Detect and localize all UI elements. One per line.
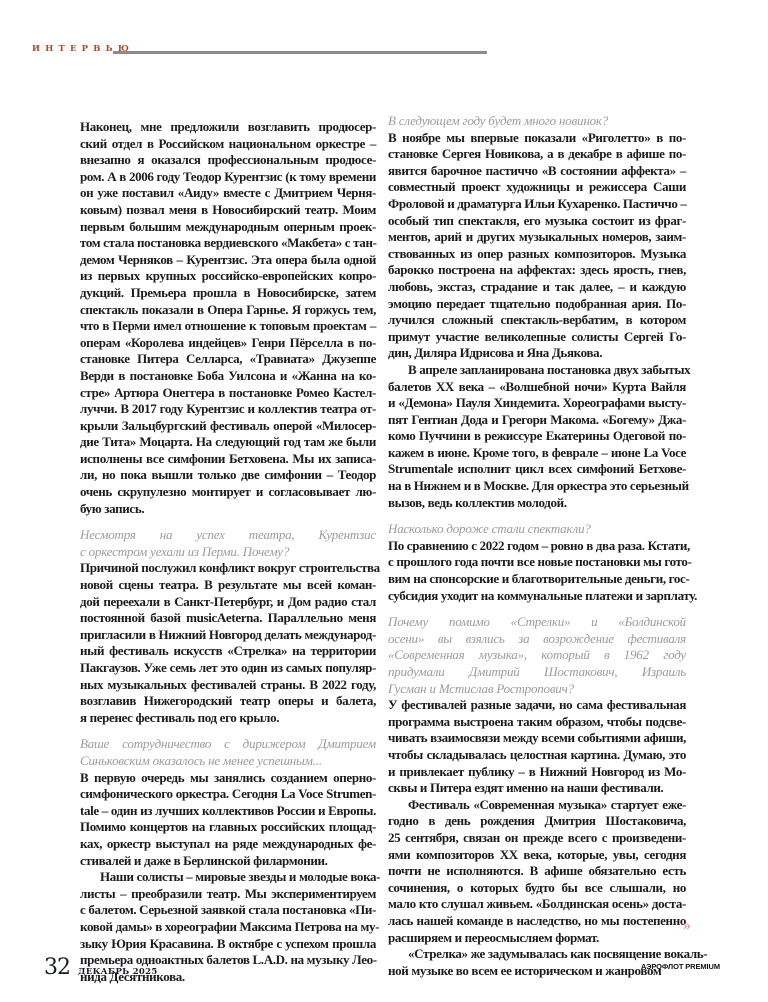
text-line: внезапно я оказался профессиональным про… [80, 152, 376, 169]
text-line: пят Гентиан Дода и Грегори Макома. «Боге… [388, 412, 686, 429]
text-line: годно в день рождения Дмитрия Шостакович… [388, 813, 686, 830]
text-line: спектакль показали в Опера Гарнье. Я гор… [80, 302, 376, 319]
text-line: Верди в постановке Боба Уилсона и «Жанна… [80, 368, 376, 385]
text-line: ках, оркестр выступал на ряде международ… [80, 836, 376, 853]
text-line: придумали Дмитрий Шостакович, Израиль [388, 664, 686, 681]
text-line: я перенес фестиваль под его крыло. [80, 710, 376, 727]
text-line: ковой дамы» в хореографии Максима Петров… [80, 919, 376, 936]
paragraph-gap [388, 604, 686, 614]
text-line: Фроловой и драматурга Ильи Кухаренко. Па… [388, 196, 686, 213]
paragraph-gap [80, 726, 376, 736]
interview-answer: В первую очередь мы занялись созданием о… [80, 770, 376, 870]
text-line: ный фестиваль искусств «Стрелка» на терр… [80, 643, 376, 660]
text-line: 25 сентября, связан он прежде всего с пр… [388, 830, 686, 847]
text-line: «Современная музыка», который в 1962 год… [388, 647, 686, 664]
text-line: на в Нижнем и в Москве. Для оркестра это… [388, 478, 686, 495]
text-line: Насколько дороже стали спектакли? [388, 521, 686, 538]
text-line: любовь, экстаз, страдание и так далее, –… [388, 279, 686, 296]
text-line: лась нашей команде в наследство, но мы п… [388, 913, 686, 930]
text-line: вызов, ведь коллектив молодой. [388, 495, 686, 512]
interview-answer: В ноябре мы впервые показали «Риголетто»… [388, 130, 686, 362]
text-line: и привлекает публику – в Нижний Новгород… [388, 764, 686, 781]
text-line: комо Пуччини в режиссуре Екатерины Одего… [388, 428, 686, 445]
text-line: и «Демона» Пауля Хиндемита. Хореографами… [388, 395, 686, 412]
text-line: Пакгаузов. Уже семь лет это один из самы… [80, 660, 376, 677]
interview-question: Почему помимо «Стрелки» и «Болдинскойосе… [388, 614, 686, 697]
text-line: балетов XX века – «Волшебной ночи» Курта… [388, 379, 686, 396]
text-line: «Стрелка» же задумывалась как посвящение… [388, 946, 686, 963]
text-line: примут участие великолепные солисты Серг… [388, 329, 686, 346]
text-line: чивать взаимосвязи между всеми событиями… [388, 730, 686, 747]
text-line: стре» Артюра Онеггера в постановке Ромео… [80, 385, 376, 402]
left-column: Наконец, мне предложили возглавить продю… [80, 119, 376, 985]
text-line: совместный проект художницы и режиссера … [388, 179, 686, 196]
continued-chevron-icon: » [683, 917, 687, 935]
text-line: дин, Диляра Идрисова и Яна Дьякова. [388, 345, 686, 362]
text-line: ковым) позвал меня в Новосибирский театр… [80, 202, 376, 219]
paragraph-gap [80, 517, 376, 527]
interview-question: Ваше сотрудничество с дирижером Дмитрием… [80, 736, 376, 769]
section-divider [113, 51, 487, 54]
text-line: В следующем году будет много новинок? [388, 113, 686, 130]
text-line: он уже поставил «Аиду» вместе с Дмитрием… [80, 185, 376, 202]
text-line: Почему помимо «Стрелки» и «Болдинской [388, 614, 686, 631]
text-line: ский отдел в Российском национальном орк… [80, 136, 376, 153]
text-line: почти не исполняются. В афише обязательн… [388, 863, 686, 880]
paragraph-gap [388, 511, 686, 521]
text-line: Помимо концертов на главных российских п… [80, 819, 376, 836]
text-line: становке Питера Селларса, «Травиата» Джу… [80, 351, 376, 368]
text-line: расширяем и переосмысляем формат. [388, 930, 686, 947]
text-line: Наши солисты – мировые звезды и молодые … [80, 869, 376, 886]
text-line: Синьковским оказалось не менее успешным.… [80, 753, 376, 770]
text-line: возглавив Нижегородский театр оперы и ба… [80, 693, 376, 710]
text-line: операм «Королева индейцев» Генри Пёрселл… [80, 335, 376, 352]
text-line: барокко построена на аффектах: здесь яро… [388, 262, 686, 279]
text-line: ментов, арий и других музыкальных номеро… [388, 229, 686, 246]
interview-question: Насколько дороже стали спектакли? [388, 521, 686, 538]
text-line: с балетом. Серьезной заявкой стала поста… [80, 902, 376, 919]
text-line: очень скрупулезно монтирует и согласовыв… [80, 484, 376, 501]
text-line: явится барочное пастиччо «В состоянии аф… [388, 163, 686, 180]
text-line: пригласили в Нижний Новгород делать межд… [80, 627, 376, 644]
text-line: дукций. Премьера прошла в Новосибирске, … [80, 285, 376, 302]
text-line: кажем в июне. Кроме того, в феврале – ию… [388, 445, 686, 462]
text-line: дие Тита» Моцарта. На следующий год там … [80, 434, 376, 451]
text-line: В апреле запланирована постановка двух з… [388, 362, 686, 379]
text-line: что в Перми имел отношение к топовым про… [80, 318, 376, 335]
text-line: Несмотря на успех театра, Курентзис [80, 527, 376, 544]
text-line: программа выстроена таким образом, чтобы… [388, 714, 686, 731]
text-line: симфонического оркестра. Сегодня La Voce… [80, 786, 376, 803]
text-line: постоянной базой musicAeterna. Параллель… [80, 610, 376, 627]
text-line: стивалей и даже в Берлинской филармонии. [80, 853, 376, 870]
right-column: В следующем году будет много новинок?В н… [388, 113, 686, 979]
text-line: ями композиторов XX века, которые, увы, … [388, 847, 686, 864]
text-line: чтобы складывалась целостная картина. Ду… [388, 747, 686, 764]
text-line: осени» вы взялись за возрождение фестива… [388, 631, 686, 648]
text-line: У фестивалей разные задачи, но сама фест… [388, 697, 686, 714]
magazine-name: АЭРОФЛОТ PREMIUM [641, 962, 720, 971]
interview-answer: Наконец, мне предложили возглавить продю… [80, 119, 376, 517]
text-line: сквы и Питера ездят именно на наши фести… [388, 780, 686, 797]
text-line: из первых крупных российско-европейских … [80, 268, 376, 285]
text-line: дой переехали в Санкт-Петербург, и Дом р… [80, 594, 376, 611]
interview-question: Несмотря на успех театра, Курентзисс орк… [80, 527, 376, 560]
text-line: листы – преобразили театр. Мы эксперимен… [80, 886, 376, 903]
text-line: с оркестром уехали из Перми. Почему? [80, 544, 376, 561]
text-line: первым большим международным оперным про… [80, 219, 376, 236]
text-line: tale – один из лучших коллективов России… [80, 803, 376, 820]
interview-answer: У фестивалей разные задачи, но сама фест… [388, 697, 686, 797]
text-line: исполнены все симфонии Бетховена. Мы их … [80, 451, 376, 468]
text-line: демом Черняков – Курентзис. Эта опера бы… [80, 252, 376, 269]
text-line: ром. А в 2006 году Теодор Курентзис (к т… [80, 169, 376, 186]
text-line: Причиной послужил конфликт вокруг строит… [80, 560, 376, 577]
text-line: ных музыкальных фестивалей страны. В 202… [80, 677, 376, 694]
text-line: становке Сергея Новикова, а в декабре в … [388, 146, 686, 163]
text-line: Гусман и Мстислав Ростропович? [388, 681, 686, 698]
issue-date: ДЕКАБРЬ 2025 [78, 967, 158, 977]
text-line: с прошлого года почти все новые постанов… [388, 554, 686, 571]
text-line: Strumentale исполнит цикл всех симфоний … [388, 461, 686, 478]
text-line: бую запись. [80, 501, 376, 518]
interview-answer: Причиной послужил конфликт вокруг строит… [80, 560, 376, 726]
text-line: Ваше сотрудничество с дирижером Дмитрием [80, 736, 376, 753]
interview-question: В следующем году будет много новинок? [388, 113, 686, 130]
text-line: вим на спонсорские и благотворительные д… [388, 571, 686, 588]
text-line: сочинения, о которых будто бы все слышал… [388, 880, 686, 897]
text-line: эмоцию передает тщательно подобранная ар… [388, 296, 686, 313]
text-line: новой сцены театра. В результате мы всей… [80, 577, 376, 594]
page-footer: 32 ДЕКАБРЬ 2025 [44, 955, 158, 980]
text-line: В первую очередь мы занялись созданием о… [80, 770, 376, 787]
text-line: лучился сложный спектакль-вербатим, в ко… [388, 312, 686, 329]
interview-answer: Фестиваль «Современная музыка» стартует … [388, 797, 686, 946]
text-line: ствованных из опер разных композиторов. … [388, 246, 686, 263]
text-line: В ноябре мы впервые показали «Риголетто»… [388, 130, 686, 147]
interview-answer: По сравнению с 2022 годом – ровно в два … [388, 538, 686, 604]
text-line: субсидия уходит на коммунальные платежи … [388, 588, 686, 605]
text-line: ли, но пока вышли только две симфонии – … [80, 467, 376, 484]
text-line: том стала постановка вердиевского «Макбе… [80, 235, 376, 252]
text-line: Наконец, мне предложили возглавить продю… [80, 119, 376, 136]
text-line: луччи. В 2017 году Курентзис и коллектив… [80, 401, 376, 418]
text-line: мало кто слушал живьем. «Болдинская осен… [388, 896, 686, 913]
interview-answer: В апреле запланирована постановка двух з… [388, 362, 686, 511]
text-line: крыли Зальцбургский фестиваль оперой «Ми… [80, 418, 376, 435]
section-header: ИНТЕРВЬЮ [32, 41, 486, 57]
text-line: особый тип спектакля, его музыка состоит… [388, 213, 686, 230]
text-line: По сравнению с 2022 годом – ровно в два … [388, 538, 686, 555]
text-line: зыку Юрия Красавина. В октябре с успехом… [80, 936, 376, 953]
page-number: 32 [44, 955, 70, 980]
text-line: Фестиваль «Современная музыка» стартует … [388, 797, 686, 814]
